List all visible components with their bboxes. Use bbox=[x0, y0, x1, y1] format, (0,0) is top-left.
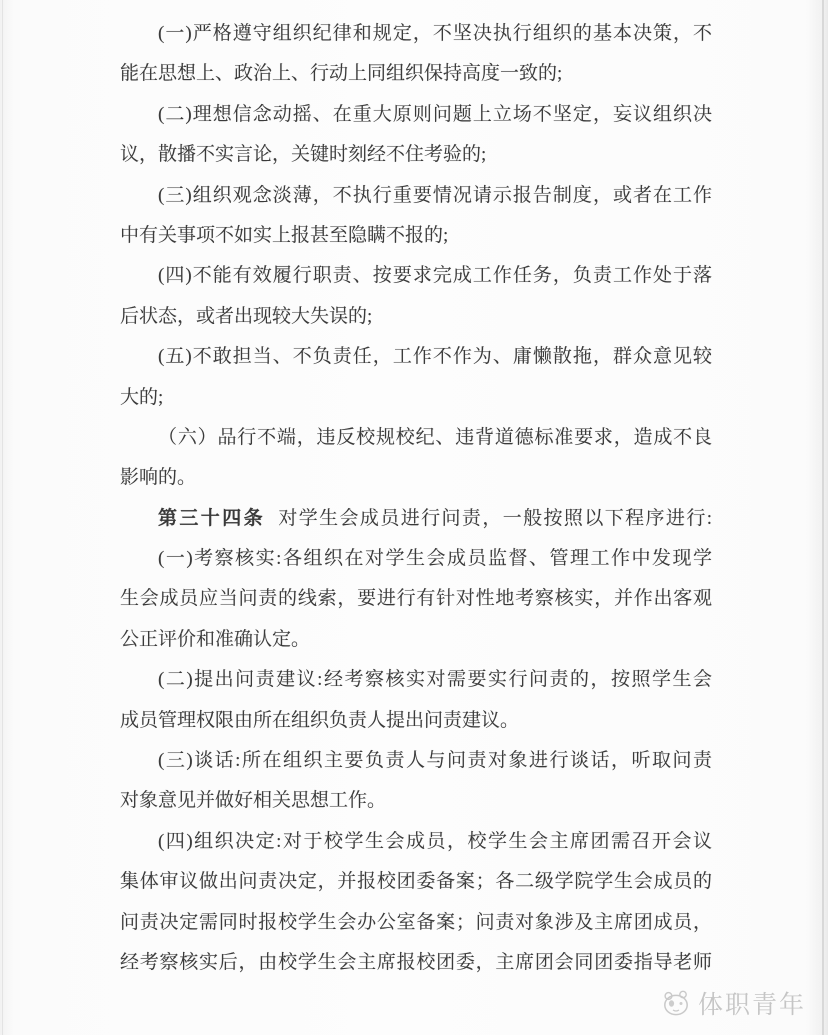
text-line: (二)理想信念动摇、在重大原则问题上立场不坚定，妄议组织决 bbox=[120, 95, 712, 135]
text-line: (五)不敢担当、不负责任，工作不作为、庸懒散拖，群众意见较 bbox=[120, 337, 712, 377]
scan-right-edge bbox=[822, 0, 824, 1035]
text-line: (一)考察核实:各组织在对学生会成员监督、管理工作中发现学 bbox=[120, 539, 712, 579]
text-block: (一)严格遵守组织纪律和规定，不坚决执行组织的基本决策，不能在思想上、政治上、行… bbox=[120, 14, 712, 983]
text-line: (三)组织观念淡薄，不执行重要情况请示报告制度，或者在工作 bbox=[120, 176, 712, 216]
text-line: 能在思想上、政治上、行动上同组织保持高度一致的; bbox=[120, 54, 712, 94]
text-line: (四)组织决定:对于校学生会成员，校学生会主席团需召开会议 bbox=[120, 822, 712, 862]
text-line: 影响的。 bbox=[120, 458, 712, 498]
text-line: 问责决定需同时报校学生会办公室备案；问责对象涉及主席团成员， bbox=[120, 903, 712, 943]
text-line: 生会成员应当问责的线索，要进行有针对性地考察核实，并作出客观 bbox=[120, 579, 712, 619]
text-line: 经考察核实后，由校学生会主席报校团委，主席团会同团委指导老师 bbox=[120, 943, 712, 983]
text-line: 议，散播不实言论，关键时刻经不住考验的; bbox=[120, 135, 712, 175]
text-line: (三)谈话:所在组织主要负责人与问责对象进行谈话，听取问责 bbox=[120, 741, 712, 781]
text-line: 中有关事项不如实上报甚至隐瞒不报的; bbox=[120, 216, 712, 256]
text-line: (一)严格遵守组织纪律和规定，不坚决执行组织的基本决策，不 bbox=[120, 14, 712, 54]
text-line: 大的; bbox=[120, 378, 712, 418]
text-line: 公正评价和准确认定。 bbox=[120, 620, 712, 660]
text-line: 集体审议做出问责决定，并报校团委备案；各二级学院学生会成员的 bbox=[120, 862, 712, 902]
text-line: （六）品行不端，违反校规校纪、违背道德标准要求，造成不良 bbox=[120, 418, 712, 458]
article-text: 对学生会成员进行问责，一般按照以下程序进行: bbox=[278, 508, 712, 529]
watermark: 体职青年 bbox=[660, 985, 806, 1021]
text-line: 第三十四条对学生会成员进行问责，一般按照以下程序进行: bbox=[120, 499, 712, 539]
document-page: (一)严格遵守组织纪律和规定，不坚决执行组织的基本决策，不能在思想上、政治上、行… bbox=[0, 0, 828, 1035]
text-line: 对象意见并做好相关思想工作。 bbox=[120, 781, 712, 821]
text-line: (四)不能有效履行职责、按要求完成工作任务，负责工作处于落 bbox=[120, 256, 712, 296]
scan-left-edge bbox=[2, 0, 3, 1035]
panda-logo-icon bbox=[660, 988, 692, 1018]
watermark-label: 体职青年 bbox=[698, 985, 806, 1021]
text-line: (二)提出问责建议:经考察核实对需要实行问责的，按照学生会 bbox=[120, 660, 712, 700]
text-line: 成员管理权限由所在组织负责人提出问责建议。 bbox=[120, 701, 712, 741]
text-line: 后状态，或者出现较大失误的; bbox=[120, 297, 712, 337]
article-number: 第三十四条 bbox=[158, 508, 265, 529]
